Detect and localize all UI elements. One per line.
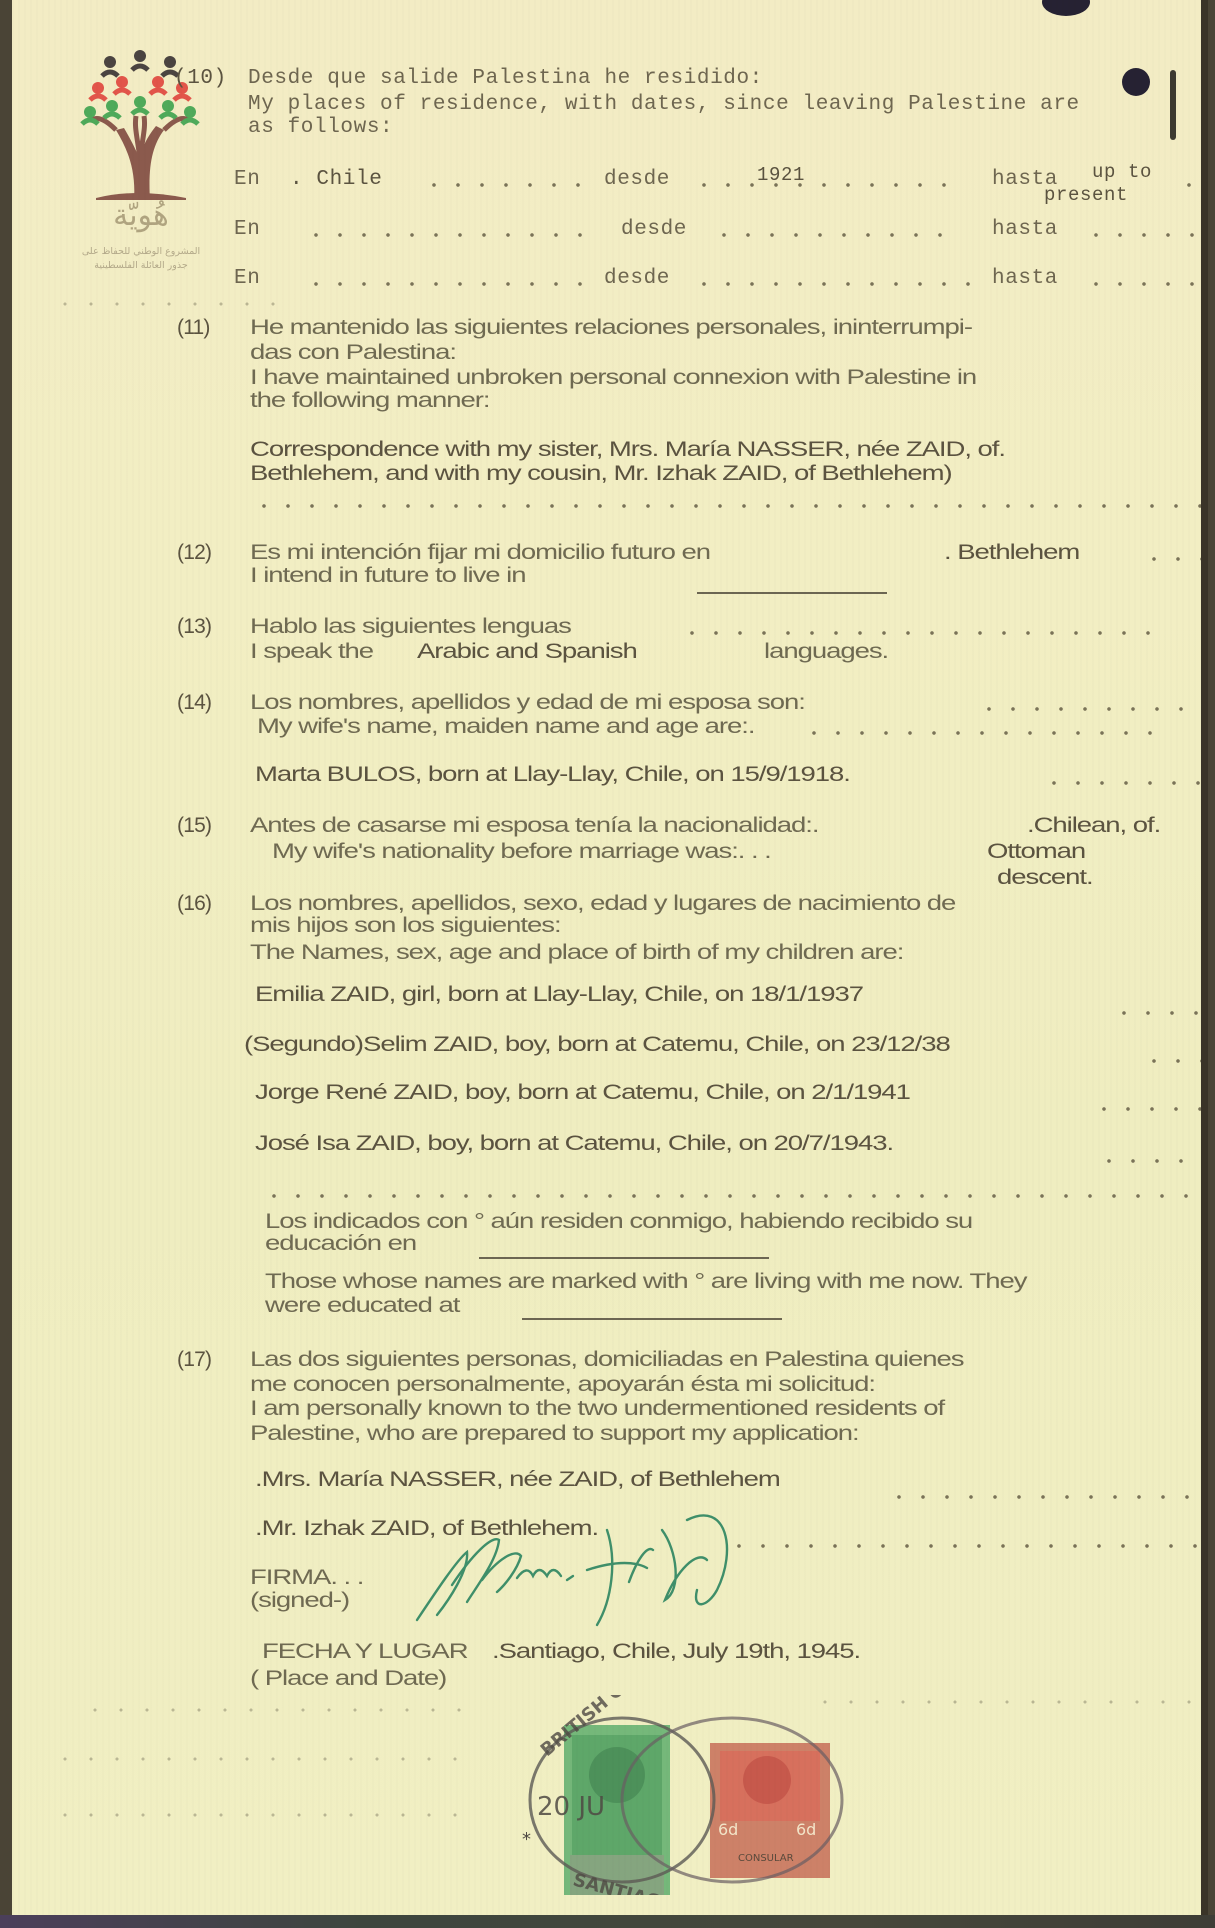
section-13-answer[interactable]: Arabic and Spanish [417, 640, 637, 664]
ink-mark-right [1170, 70, 1176, 140]
child-entry[interactable]: Emilia ZAID, girl, born at Llay-Llay, Ch… [255, 983, 863, 1007]
section-14-answer[interactable]: Marta BULOS, born at Llay-Llay, Chile, o… [255, 763, 850, 787]
signature-es-label: FIRMA. . . [250, 1566, 363, 1590]
section-11-en-1: I have maintained unbroken personal conn… [250, 366, 976, 390]
stamp-date: 20 JU [537, 1792, 605, 1822]
section-12-en: I intend in future to live in [250, 564, 525, 588]
date-place-value[interactable]: .Santiago, Chile, July 19th, 1945. [492, 1640, 860, 1664]
residence-desde-label: desde [604, 168, 670, 192]
handwritten-signature [397, 1490, 837, 1635]
section-16-en-note-2: were educated at [265, 1294, 459, 1318]
section-16-es-note-2: educación en [265, 1232, 416, 1256]
stamp-value-right: 6d [796, 1820, 816, 1839]
section-17-es-2: me conocen personalmente, apoyarán ésta … [250, 1373, 875, 1397]
residence-en-label: En [234, 168, 260, 192]
section-10-en-2: as follows: [248, 116, 393, 140]
section-12-blank[interactable] [697, 592, 887, 594]
ink-blot-right [1122, 68, 1150, 96]
residence-place[interactable]: . Chile [290, 168, 382, 192]
section-15-answer-3[interactable]: descent. [997, 866, 1093, 890]
section-10-es: Desde que salide Palestina he residido: [248, 67, 763, 91]
residence-desde-label: desde [604, 267, 670, 291]
residence-en-label: En [234, 267, 260, 291]
date-place-es-label: FECHA Y LUGAR [262, 1640, 468, 1664]
section-16-en-note-1: Those whose names are marked with ° are … [265, 1270, 1026, 1294]
watermark-tagline-2: جذور العائلة الفلسطينية [76, 260, 206, 271]
section-10-en-1: My places of residence, with dates, sinc… [248, 93, 1080, 117]
document-page: هُويّة المشروع الوطني للحفاظ على جذور ال… [12, 0, 1208, 1915]
section-17-en-1: I am personally known to the two underme… [250, 1397, 944, 1421]
section-15-es: Antes de casarse mi esposa tenía la naci… [250, 814, 818, 838]
residence-to-1[interactable]: up to [1092, 160, 1152, 184]
section-13-es: Hablo las siguientes lenguas [250, 615, 571, 639]
education-en-blank[interactable] [522, 1318, 782, 1320]
consular-fee-stamps: 6d 6d CONSULAR 20 JU BRITISH CONSULATE S… [492, 1695, 852, 1895]
section-17-es-1: Las dos siguientes personas, domiciliada… [250, 1348, 963, 1372]
child-entry[interactable]: José Isa ZAID, boy, born at Catemu, Chil… [255, 1132, 893, 1156]
section-14-es: Los nombres, apellidos y edad de mi espo… [250, 691, 805, 715]
residence-en-label: En [234, 218, 260, 242]
section-15-answer-1[interactable]: .Chilean, of. [1027, 814, 1160, 838]
section-10-number: (10) [174, 67, 227, 91]
section-11-answer-1[interactable]: Correspondence with my sister, Mrs. Marí… [250, 438, 1005, 462]
section-13-en-suffix: languages. [764, 640, 888, 664]
section-13-en-prefix: I speak the [250, 640, 373, 664]
residence-to-2[interactable]: present [1044, 183, 1128, 207]
section-12-answer[interactable]: . Bethlehem [944, 541, 1079, 565]
section-13-number: (13) [177, 615, 211, 639]
section-16-es-note-1: Los indicados con ° aún residen conmigo,… [265, 1210, 972, 1234]
section-11-en-2: the following manner: [250, 389, 490, 413]
child-entry[interactable]: (Segundo)Selim ZAID, boy, born at Catemu… [244, 1033, 950, 1057]
residence-hasta-label: hasta [992, 267, 1058, 291]
referee-entry[interactable]: .Mrs. María NASSER, née ZAID, of Bethleh… [255, 1468, 780, 1492]
section-12-es: Es mi intención fijar mi domicilio futur… [250, 541, 710, 565]
svg-text:*: * [522, 1829, 531, 1850]
section-14-number: (14) [177, 691, 211, 715]
stamp-value-left: 6d [718, 1820, 738, 1839]
section-11-number: (11) [177, 316, 210, 340]
section-12-number: (12) [177, 541, 211, 565]
education-es-blank[interactable] [479, 1257, 769, 1259]
section-17-number: (17) [177, 1348, 211, 1372]
stamp-label: CONSULAR [738, 1853, 794, 1864]
section-11-es-1: He mantenido las siguientes relaciones p… [250, 316, 972, 340]
section-11-es-2: das con Palestina: [250, 341, 456, 365]
residence-from[interactable]: 1921 [757, 163, 805, 187]
section-16-es-2: mis hijos son los siguientes: [250, 914, 561, 938]
date-place-en-label: ( Place and Date) [250, 1667, 446, 1691]
watermark-title: هُويّة [76, 198, 206, 233]
residence-hasta-label: hasta [992, 218, 1058, 242]
section-17-en-2: Palestine, who are prepared to support m… [250, 1422, 859, 1446]
section-11-answer-2[interactable]: Bethlehem, and with my cousin, Mr. Izhak… [250, 462, 952, 486]
section-16-number: (16) [177, 892, 211, 916]
section-16-es-1: Los nombres, apellidos, sexo, edad y lug… [250, 892, 955, 916]
signature-en-label: (signed-) [250, 1589, 349, 1613]
residence-desde-label: desde [621, 218, 687, 242]
watermark-tagline-1: المشروع الوطني للحفاظ على [76, 246, 206, 257]
child-entry[interactable]: Jorge René ZAID, boy, born at Catemu, Ch… [255, 1081, 910, 1105]
section-16-en: The Names, sex, age and place of birth o… [250, 941, 903, 965]
section-15-answer-2[interactable]: Ottoman [987, 840, 1085, 864]
ink-blot-top [1042, 0, 1090, 16]
section-15-en: My wife's nationality before marriage wa… [272, 840, 771, 864]
section-15-number: (15) [177, 814, 211, 838]
section-14-en: My wife's name, maiden name and age are:… [257, 715, 754, 739]
